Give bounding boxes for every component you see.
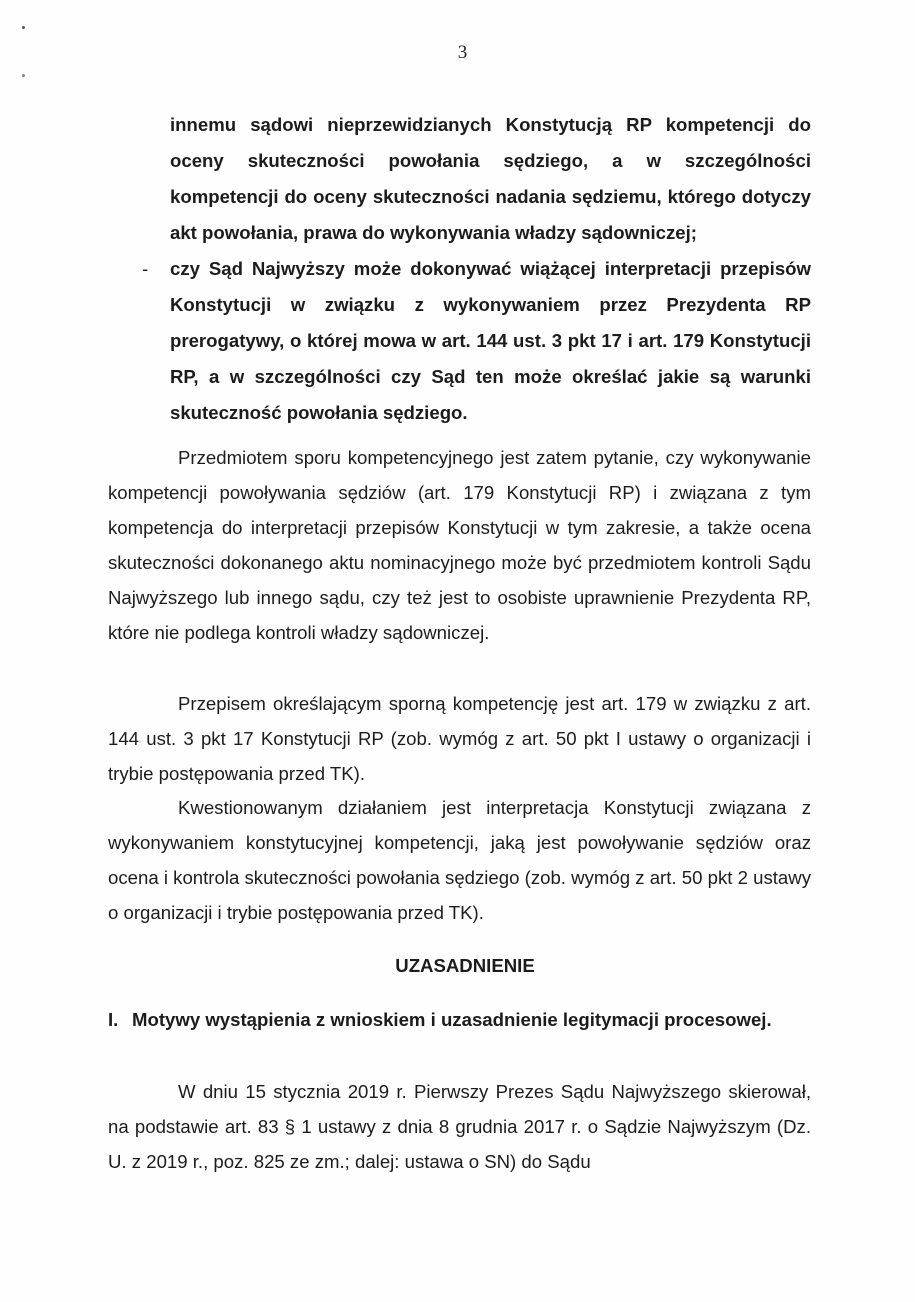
section-heading: I. Motywy wystąpienia z wnioskiem i uzas…: [108, 1002, 811, 1037]
paragraph-text: Przedmiotem sporu kompetencyjnego jest z…: [108, 440, 811, 650]
paragraph-text: Kwestionowanym działaniem jest interpret…: [108, 790, 811, 930]
scan-artifact-dot: [22, 74, 25, 77]
paragraph-contested-action: Kwestionowanym działaniem jest interpret…: [108, 790, 811, 930]
section-main-heading: UZASADNIENIE: [0, 955, 915, 977]
bullet-text: czy Sąd Najwyższy może dokonywać wiążące…: [170, 251, 811, 431]
paragraph-request-details: W dniu 15 stycznia 2019 r. Pierwszy Prez…: [108, 1074, 811, 1179]
bold-question-block: innemu sądowi nieprzewidzianych Konstytu…: [170, 107, 811, 431]
continuation-text: innemu sądowi nieprzewidzianych Konstytu…: [170, 107, 811, 251]
section-number: I.: [108, 1002, 118, 1037]
paragraph-disputed-competence: Przepisem określającym sporną kompetencj…: [108, 686, 811, 791]
paragraph-text: Przepisem określającym sporną kompetencj…: [108, 686, 811, 791]
bullet-dash: -: [142, 251, 148, 287]
section-title: Motywy wystąpienia z wnioskiem i uzasadn…: [132, 1002, 811, 1037]
page-number: 3: [0, 42, 915, 64]
paragraph-text: W dniu 15 stycznia 2019 r. Pierwszy Prez…: [108, 1074, 811, 1179]
document-page: 3 innemu sądowi nieprzewidzianych Konsty…: [0, 0, 915, 1302]
bullet-item: - czy Sąd Najwyższy może dokonywać wiążą…: [170, 251, 811, 431]
paragraph-subject-of-dispute: Przedmiotem sporu kompetencyjnego jest z…: [108, 440, 811, 650]
scan-artifact-dot: [22, 26, 25, 29]
